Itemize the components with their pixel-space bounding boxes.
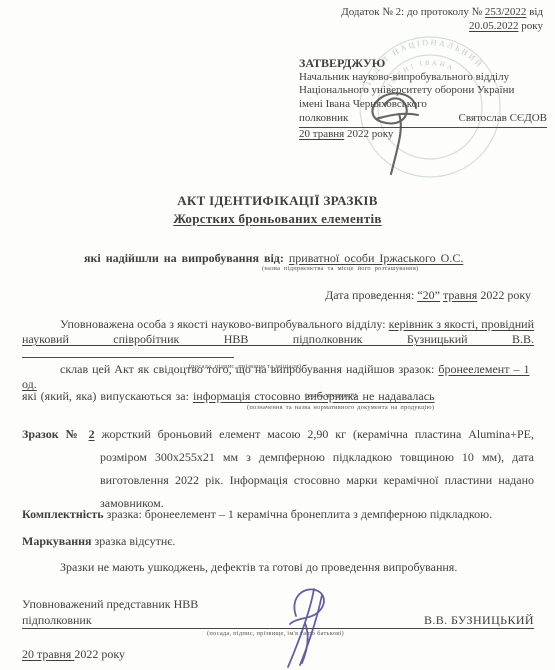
annex-line2: 20.05.2022 року bbox=[341, 19, 543, 33]
representative-signature-ink bbox=[256, 583, 351, 670]
blank-underline-fill bbox=[22, 347, 234, 358]
produced-per-line: які (який, яка) випускаються за: інформа… bbox=[22, 389, 534, 412]
title-line2: Жорстких броньованих елементів bbox=[0, 210, 555, 228]
conduct-date-line: Дата проведення: “20” травня 2022 року bbox=[325, 288, 531, 303]
signoff-date-rest: 2022 року bbox=[74, 647, 125, 661]
conduct-date-day: “20” bbox=[417, 288, 440, 302]
condition-text: Зразки не мають ушкоджень, дефектів та г… bbox=[60, 560, 457, 574]
conduct-date-label: Дата проведення: bbox=[325, 288, 417, 302]
signoff-name: В.В. БУЗНИЦЬКИЙ bbox=[424, 613, 534, 627]
received-value: приватної особи Іржаського О.С. bbox=[289, 251, 463, 265]
signature-strokes-top bbox=[372, 93, 418, 174]
approval-position-line1: Начальник науково-випробувального відділ… bbox=[299, 71, 547, 85]
approval-rank: полковник bbox=[299, 112, 348, 126]
annex-prefix: Додаток № 2: до протоколу № bbox=[341, 6, 485, 18]
marking-label: Маркування bbox=[22, 534, 92, 548]
completeness-line: Комплектність зразка: бронеелемент – 1 к… bbox=[22, 507, 534, 522]
approval-date-underlined: 20 травня bbox=[299, 128, 344, 140]
signature-strokes-bottom bbox=[288, 589, 324, 667]
marking-text: зразка відсутнє. bbox=[92, 534, 176, 548]
annex-suffix: від bbox=[526, 6, 543, 18]
produced-value: інформація стосовно виборника не надавал… bbox=[193, 389, 435, 403]
received-label: які надійшли на випробування від: bbox=[84, 251, 289, 265]
protocol-number: 253/2022 bbox=[485, 6, 527, 18]
conduct-date-rest: 2022 року bbox=[477, 288, 531, 302]
received-from-line: які надійшли на випробування від: приват… bbox=[22, 251, 534, 273]
sample-label: Зразок № bbox=[22, 427, 89, 441]
condition-line: Зразки не мають ушкоджень, дефектів та г… bbox=[22, 560, 534, 575]
conduct-date-month: травня bbox=[443, 288, 477, 302]
protocol-date: 20.05.2022 bbox=[469, 20, 519, 32]
completeness-label: Комплектність bbox=[22, 507, 104, 521]
sample-description-paragraph: Зразок № 2 жорсткий броньовий елемент ма… bbox=[22, 423, 534, 515]
title-line1: АКТ ІДЕНТИФІКАЦІЇ ЗРАЗКІВ bbox=[0, 192, 555, 210]
sample-text: жорсткий броньовий елемент масою 2,90 кг… bbox=[95, 427, 534, 510]
signoff-rank: підполковник bbox=[22, 613, 92, 627]
received-caption: (назва підприємства та місце його розташ… bbox=[262, 265, 534, 273]
marking-line: Маркування зразка відсутнє. bbox=[22, 534, 534, 549]
produced-label: які (який, яка) випускаються за: bbox=[22, 389, 193, 403]
document-title: АКТ ІДЕНТИФІКАЦІЇ ЗРАЗКІВ Жорстких бронь… bbox=[0, 192, 555, 228]
signoff-date-underlined: 20 травня bbox=[22, 647, 74, 661]
approval-heading: ЗАТВЕРДЖУЮ bbox=[299, 57, 547, 71]
act-statement-label: склав цей Акт як свідоцтво того, що на в… bbox=[60, 362, 438, 376]
scanned-act-document: Додаток № 2: до протоколу № 253/2022 від… bbox=[0, 0, 555, 670]
completeness-text: зразка: бронеелемент – 1 керамічна броне… bbox=[104, 507, 492, 521]
annex-reference: Додаток № 2: до протоколу № 253/2022 від… bbox=[341, 5, 543, 33]
produced-caption: (позначення та назва нормативного докуме… bbox=[247, 404, 534, 412]
commander-signature-ink bbox=[346, 84, 441, 176]
approval-name: Святослав СЄДОВ bbox=[459, 112, 547, 126]
authorized-label: Уповноважена особа з якості науково-випр… bbox=[60, 317, 389, 331]
annex-line1: Додаток № 2: до протоколу № 253/2022 від bbox=[341, 5, 543, 19]
annex-date-suffix: року bbox=[519, 20, 543, 32]
